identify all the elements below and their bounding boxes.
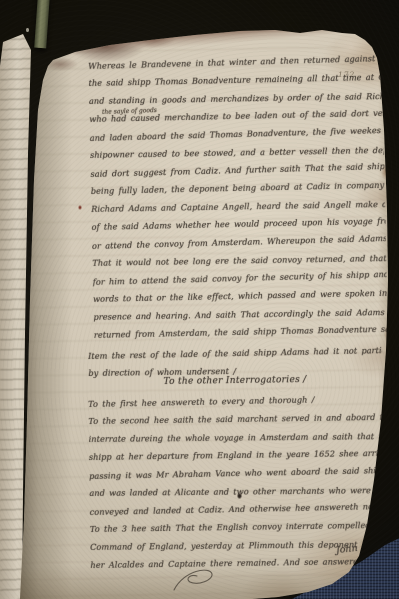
book-strap: [34, 0, 50, 48]
manuscript-page: 172 Whereas le Brandevene in that winter…: [14, 24, 398, 599]
signature-catchword: John: [335, 543, 358, 556]
deposition-body: Whereas le Brandevene in that winter and…: [88, 50, 388, 344]
ink-spot: [78, 205, 82, 210]
manuscript-line: interrate dureing the whole voyage in Am…: [89, 427, 383, 448]
flourish-mark: [170, 564, 222, 594]
ink-blot: [237, 493, 242, 499]
manuscript-photo: 172 Whereas le Brandevene in that winter…: [0, 0, 399, 599]
dust-speck: [26, 28, 29, 32]
